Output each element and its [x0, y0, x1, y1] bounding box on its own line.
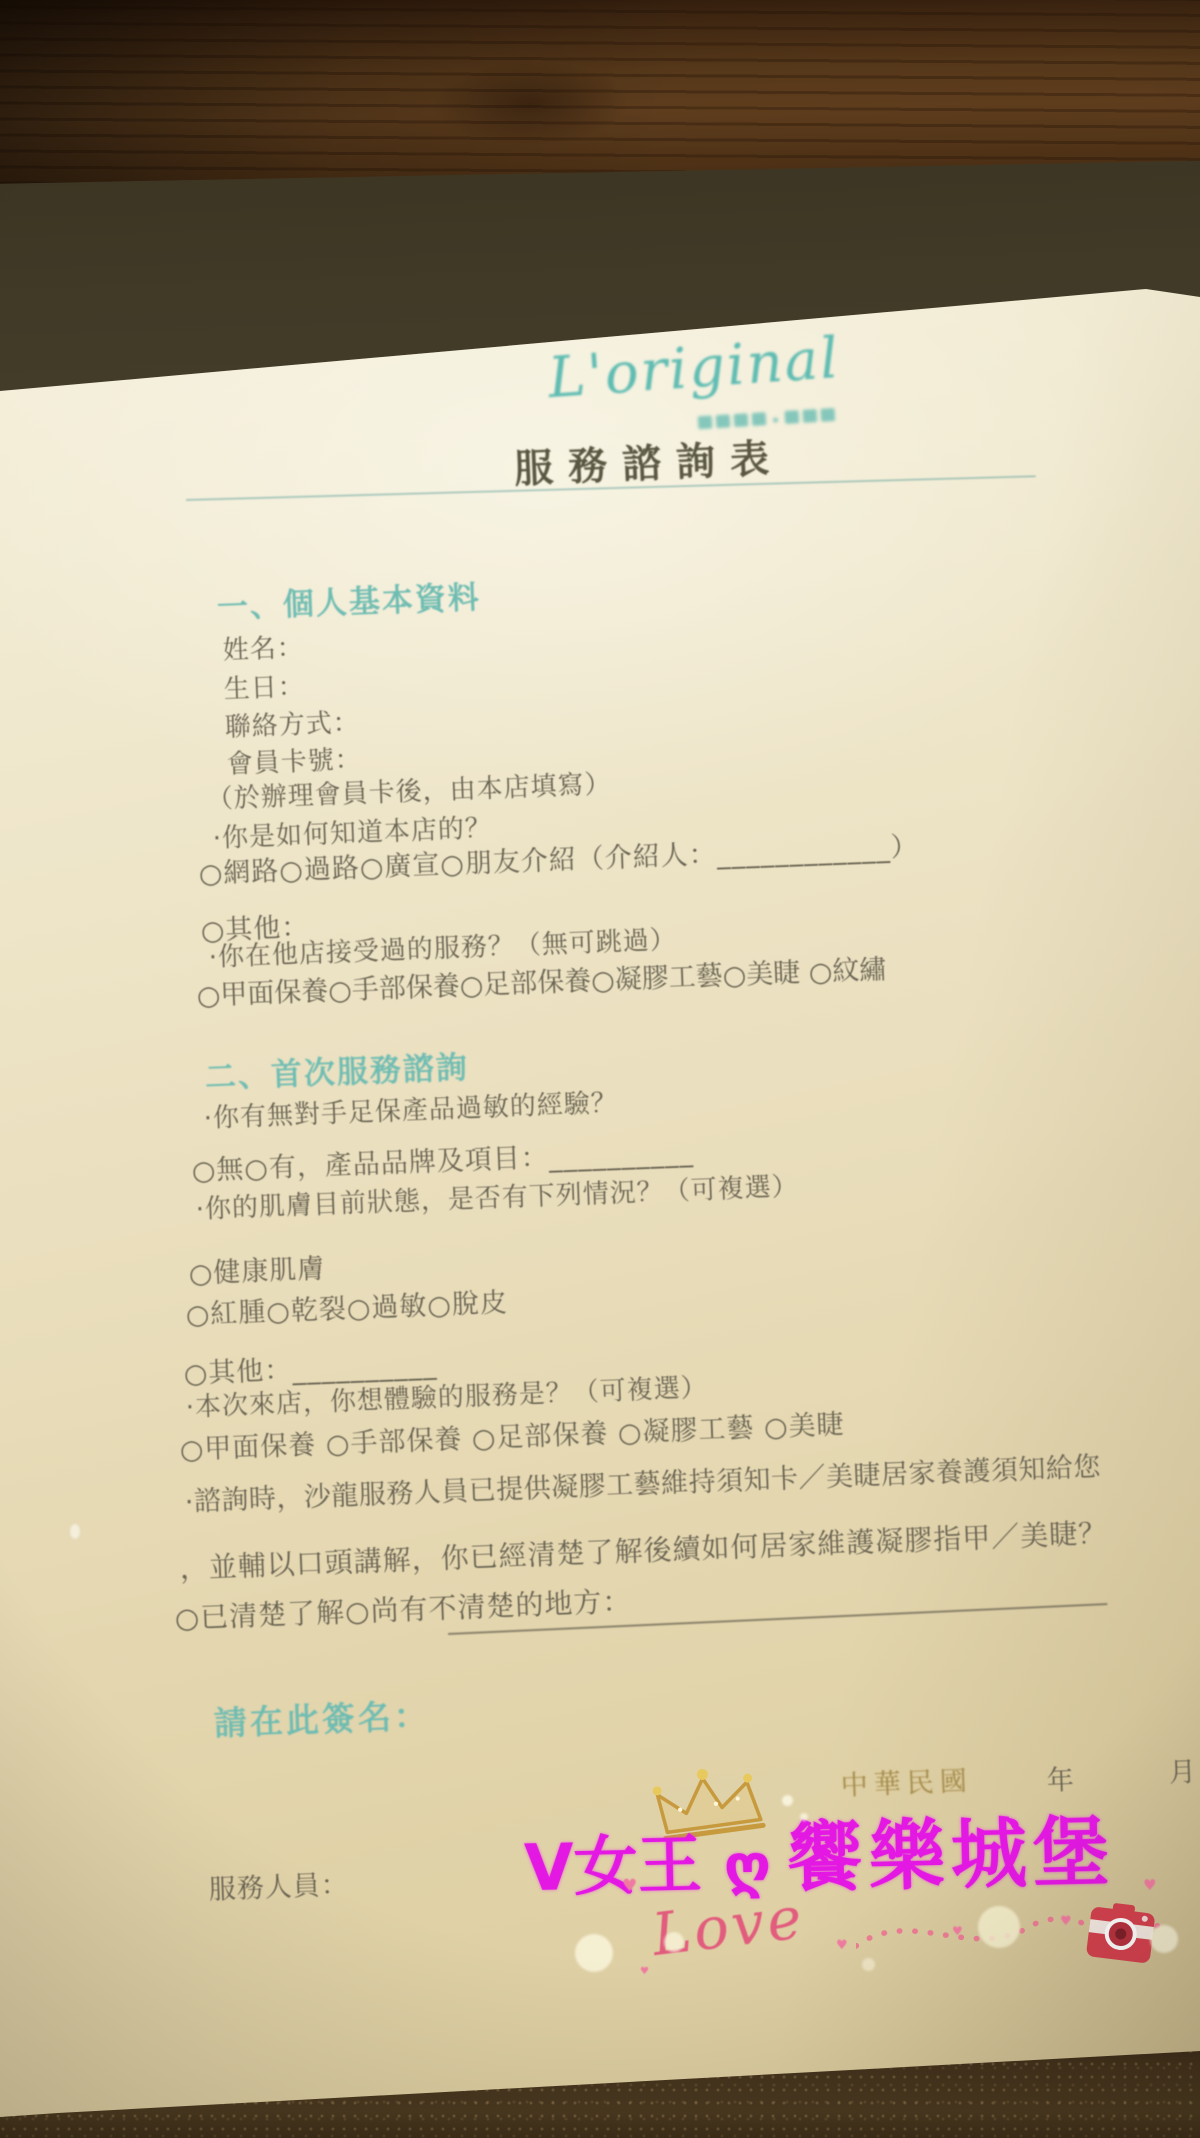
sequin-dot [664, 1932, 684, 1952]
wood-shelf-background [0, 0, 1200, 184]
field-name-label: 姓名： [222, 627, 304, 667]
paper-speck [70, 1524, 80, 1539]
heart-icon: ♥ [952, 1924, 963, 1938]
consult-notice-line2: ，並輔以口頭講解，你已經清楚了解後續如何居家維護凝膠指甲／美睫？ [179, 1511, 1108, 1587]
healthy-skin-option: ○健康肌膚 [188, 1247, 326, 1291]
field-contact-label: 聯絡方式： [224, 702, 360, 744]
consultation-form-paper: L'original 服務諮詢表 一、個人基本資料 姓名： 生日： 聯絡方式： … [0, 0, 1200, 2138]
heart-icon: ♥ [836, 1938, 848, 1953]
camera-icon [1085, 1899, 1158, 1965]
heart-icon: ♥ [622, 1876, 637, 1896]
sequin-dot [575, 1934, 613, 1972]
sequin-dot [800, 1813, 808, 1821]
watermark-left-text: V女王 [523, 1813, 702, 1909]
month-label: 月 [1168, 1750, 1197, 1790]
section1-heading: 一、個人基本資料 [216, 572, 482, 627]
sequin-dot [862, 1958, 875, 1971]
sequin-dot [782, 1795, 793, 1806]
sequin-dot [1150, 1925, 1178, 1953]
heart-icon: ♥ [1060, 1914, 1072, 1929]
photo-of-consultation-form: L'original 服務諮詢表 一、個人基本資料 姓名： 生日： 聯絡方式： … [0, 0, 1200, 2138]
sequin-dot [978, 1906, 1020, 1948]
salon-logo: L'original [546, 326, 842, 411]
heart-icon: ♥ [640, 1966, 649, 1977]
heart-icon: ♥ [1143, 1876, 1156, 1894]
staff-label: 服務人員： [208, 1863, 349, 1907]
sign-here-label: 請在此簽名： [213, 1690, 431, 1745]
field-birthday-label: 生日： [223, 666, 305, 706]
